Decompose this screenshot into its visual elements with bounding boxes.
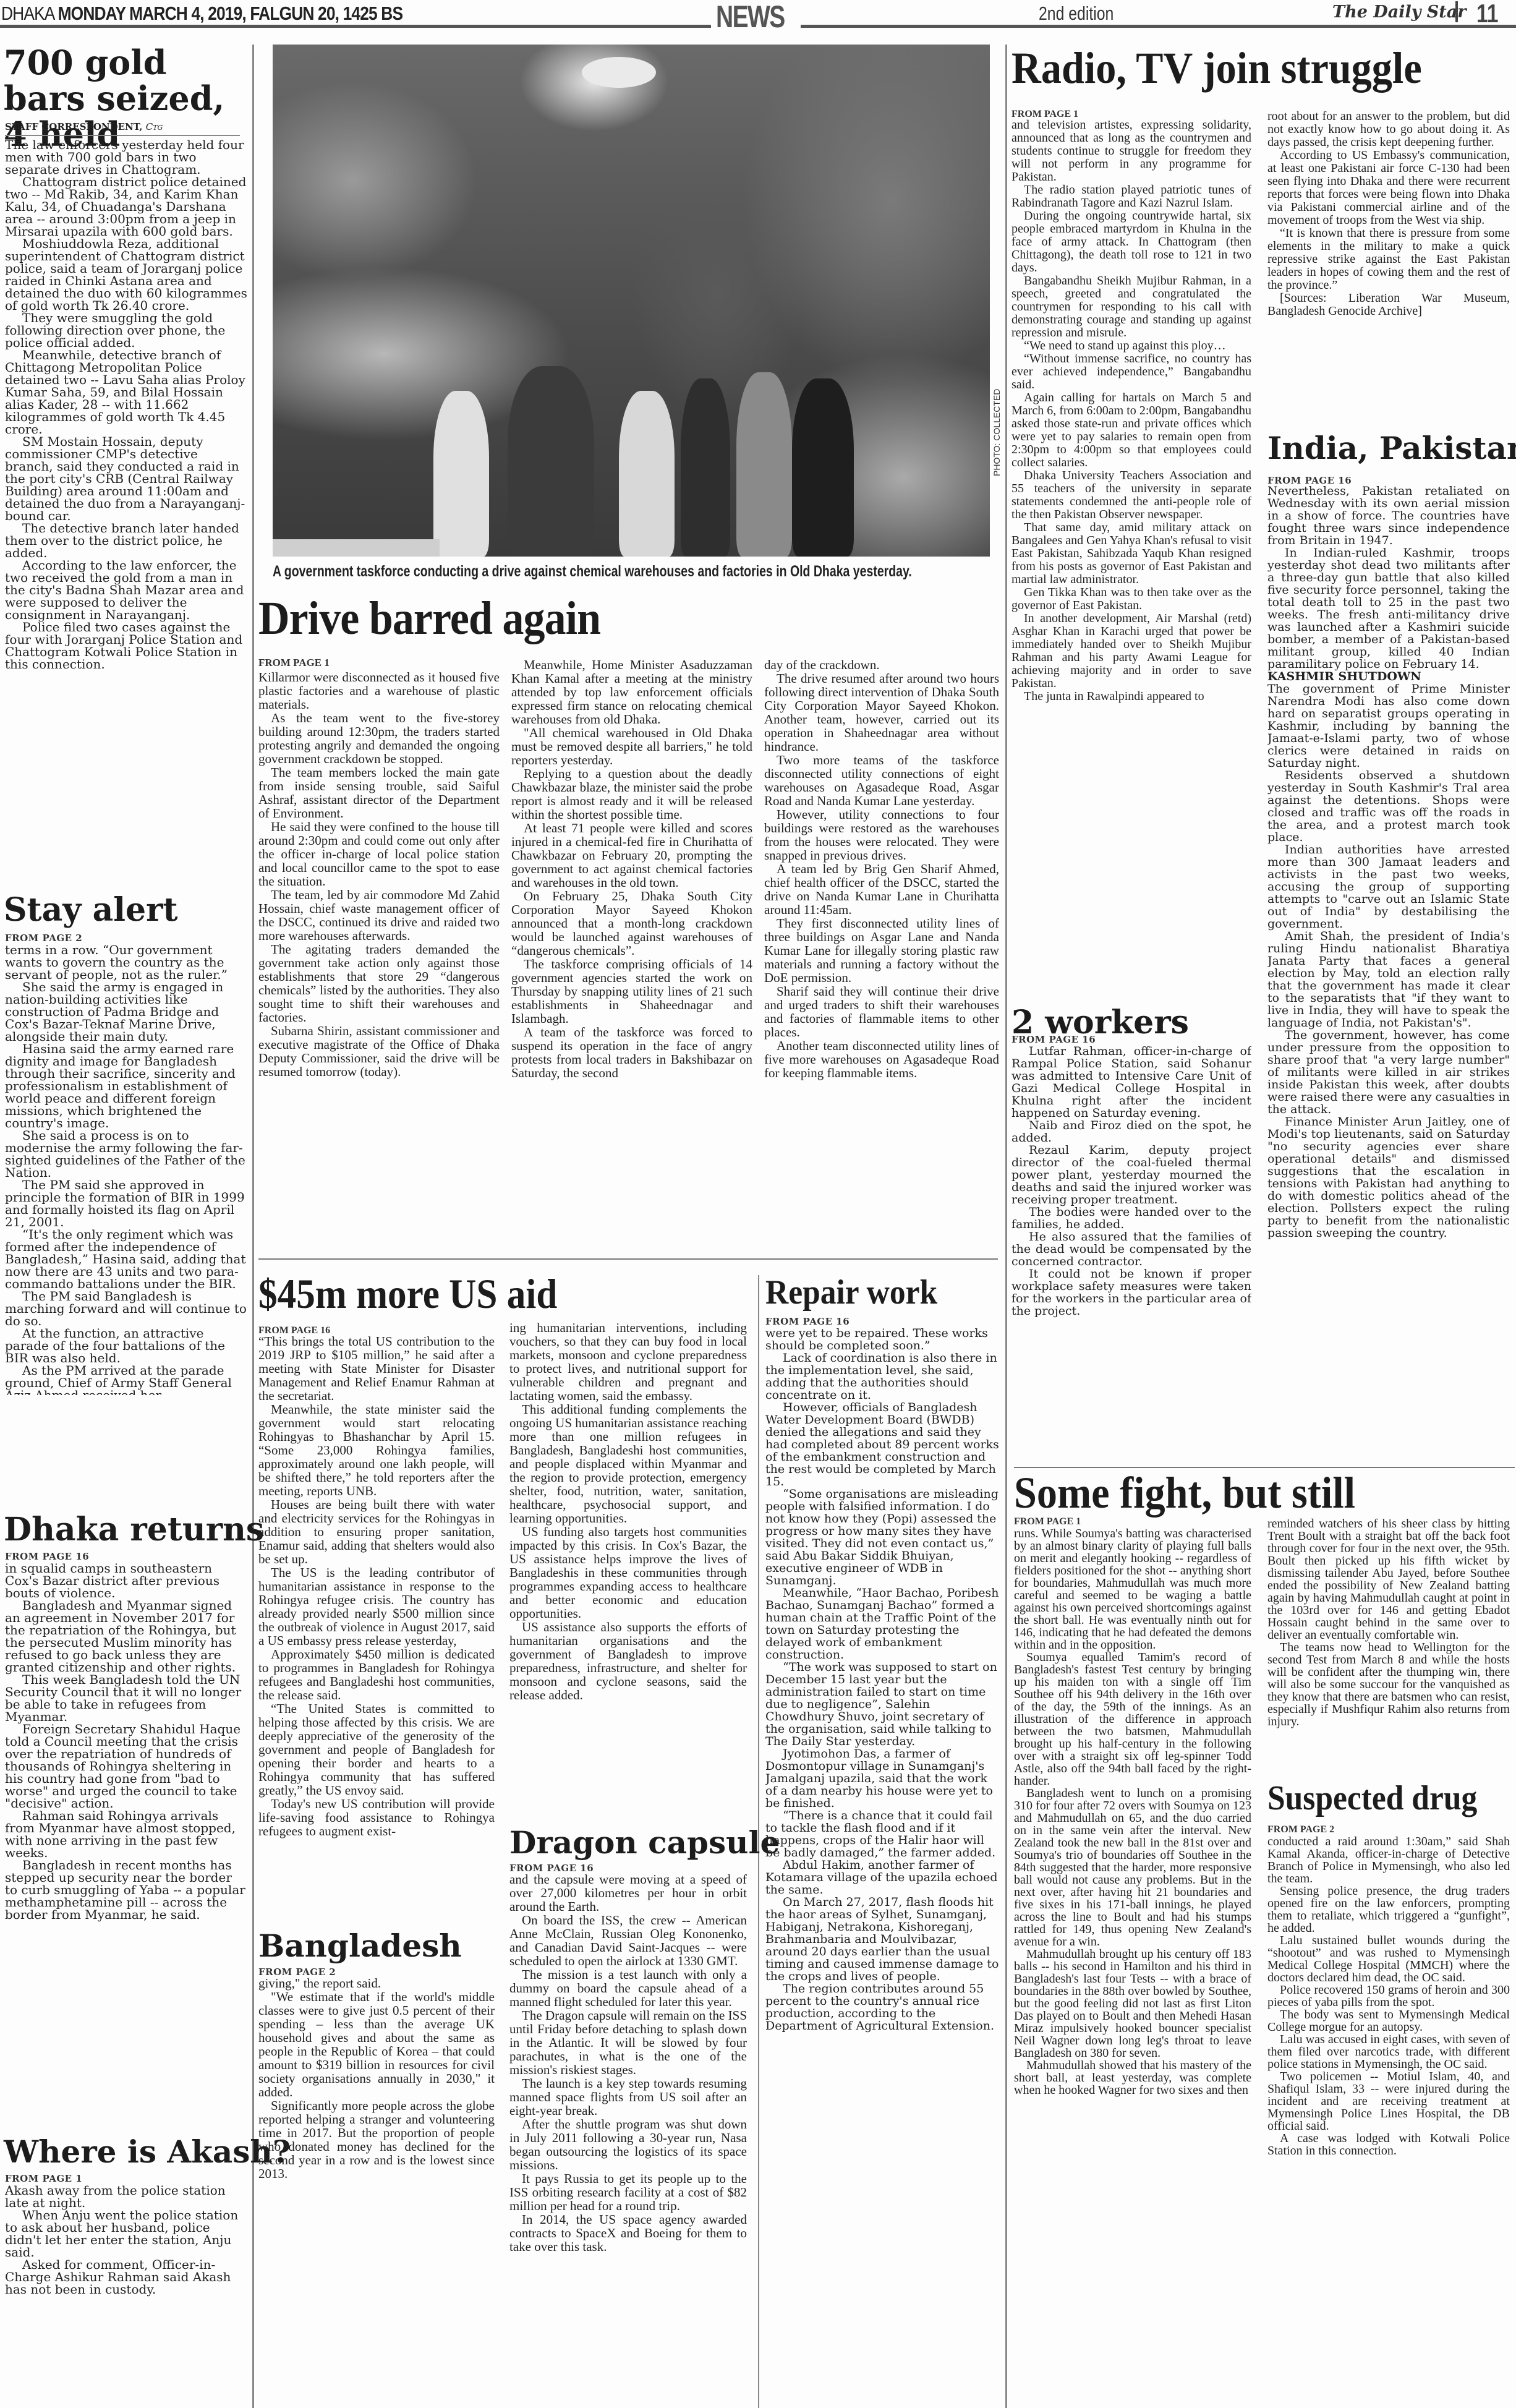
- headline-repair-work: Repair work: [765, 1275, 937, 1310]
- paragraph: In Indian-ruled Kashmir, troops yesterda…: [1267, 547, 1510, 670]
- paragraph: Two more teams of the taskforce disconne…: [764, 753, 999, 808]
- jump-line: FROM PAGE 1: [5, 2173, 82, 2184]
- paragraph: “We need to stand up against this ploy…: [1011, 339, 1251, 352]
- paragraph: “There is a chance that it could fail to…: [765, 1809, 1000, 1859]
- paragraph: She said the army is engaged in nation-b…: [5, 981, 247, 1043]
- paragraph: During the ongoing countrywide hartal, s…: [1011, 210, 1251, 275]
- column-divider-right: [1005, 45, 1007, 2408]
- paragraph: Another team disconnected utility lines …: [764, 1039, 999, 1080]
- paragraph: Lutfar Rahman, officer-in-charge of Ramp…: [1011, 1045, 1251, 1119]
- byline-place: Ctg: [146, 121, 163, 132]
- paragraph: Finance Minister Arun Jaitley, one of Mo…: [1267, 1116, 1510, 1239]
- paragraph: “This brings the total US contribution t…: [258, 1334, 495, 1403]
- headline-drive-barred-again: Drive barred again: [258, 595, 600, 642]
- headline-india-pakistan: India, Pakistan: [1267, 433, 1516, 464]
- article-column-2: reminded watchers of his sheer class by …: [1267, 1518, 1510, 1783]
- paragraph: SM Mostain Hossain, deputy commissioner …: [5, 435, 247, 522]
- paragraph: Indian authorities have arrested more th…: [1267, 843, 1510, 930]
- article-body: and the capsule were moving at a speed o…: [509, 1872, 747, 2408]
- article-column-3: day of the crackdown. The drive resumed …: [764, 658, 999, 1252]
- paragraph: [Sources: Liberation War Museum, Banglad…: [1267, 292, 1510, 318]
- paragraph: The launch is a key step towards resumin…: [509, 2077, 747, 2117]
- dateline: DHAKA MONDAY MARCH 4, 2019, FALGUN 20, 1…: [1, 2, 402, 25]
- article-column-1: runs. While Soumya's batting was charact…: [1014, 1527, 1251, 2408]
- paragraph: The mission is a test launch with only a…: [509, 1968, 747, 2009]
- byline-author: STAFF CORRESPONDENT,: [5, 121, 142, 132]
- paragraph: US funding also targets host communities…: [509, 1525, 747, 1620]
- headline-suspected-drug: Suspected drug: [1267, 1781, 1477, 1816]
- article-body: in squalid camps in southeastern Cox's B…: [5, 1562, 247, 1995]
- paragraph: Houses are being built there with water …: [258, 1498, 495, 1566]
- paragraph: US assistance also supports the efforts …: [509, 1620, 747, 1702]
- paragraph: The radio station played patriotic tunes…: [1011, 184, 1251, 210]
- paragraph: Approximately $450 million is dedicated …: [258, 1647, 495, 1702]
- article-body: conducted a raid around 1:30am,” said Sh…: [1267, 1835, 1510, 2408]
- paragraph: Residents observed a shutdown yesterday …: [1267, 769, 1510, 843]
- photo-caption: A government taskforce conducting a driv…: [273, 563, 912, 581]
- paragraph: On board the ISS, the crew -- American A…: [509, 1913, 747, 1968]
- headline-bangladesh: Bangladesh: [258, 1931, 462, 1962]
- paragraph: and the capsule were moving at a speed o…: [509, 1872, 747, 1913]
- article-column-2: Meanwhile, Home Minister Asaduzzaman Kha…: [511, 658, 752, 1252]
- paragraph: Chattogram district police detained two …: [5, 176, 247, 237]
- paragraph: were yet to be repaired. These works sho…: [765, 1327, 1000, 1352]
- paragraph: Lack of coordination is also there in th…: [765, 1352, 1000, 1401]
- article-column-1: and television artistes, expressing soli…: [1011, 119, 1251, 997]
- paragraph: However, utility connections to four bui…: [764, 808, 999, 862]
- paragraph: and television artistes, expressing soli…: [1011, 119, 1251, 184]
- paragraph: In 2014, the US space agency awarded con…: [509, 2213, 747, 2253]
- paragraph: However, officials of Bangladesh Water D…: [765, 1401, 1000, 1488]
- paragraph: This week Bangladesh told the UN Securit…: [5, 1673, 247, 1723]
- paragraph: According to US Embassy's communication,…: [1267, 149, 1510, 227]
- section-name: NEWS: [716, 0, 785, 35]
- paragraph: giving," the report said.: [258, 1976, 495, 1990]
- paragraph: reminded watchers of his sheer class by …: [1267, 1518, 1510, 1641]
- masthead-divider: [1455, 1, 1458, 22]
- paragraph: The PM said she approved in principle th…: [5, 1179, 247, 1228]
- paragraph: Rahman said Rohingya arrivals from Myanm…: [5, 1809, 247, 1859]
- article-body: terms in a row. “Our government wants to…: [5, 944, 247, 1395]
- article-body: giving," the report said. "We estimate t…: [258, 1976, 495, 2408]
- masthead: DHAKA MONDAY MARCH 4, 2019, FALGUN 20, 1…: [0, 0, 1516, 31]
- paragraph: Soumya equalled Tamim's record of Bangla…: [1014, 1651, 1251, 1787]
- paragraph: On March 27, 2017, flash floods hit the …: [765, 1896, 1000, 1983]
- paragraph: According to the law enforcer, the two r…: [5, 559, 247, 621]
- headline-dhaka-returns: Dhaka returns: [4, 1514, 264, 1546]
- paragraph: “The work was supposed to start on Decem…: [765, 1661, 1000, 1748]
- photo-figure: [433, 391, 489, 557]
- paragraph: The team, led by air commodore Md Zahid …: [258, 888, 500, 942]
- paragraph: terms in a row. “Our government wants to…: [5, 944, 247, 981]
- photo-taskforce-drive: [273, 45, 990, 557]
- paragraph: Meanwhile, detective branch of Chittagon…: [5, 349, 247, 435]
- article-column-2: ing humanitarian interventions, includin…: [509, 1321, 747, 1828]
- paragraph: “It's the only regiment which was formed…: [5, 1228, 247, 1290]
- paragraph: Significantly more people across the glo…: [258, 2099, 495, 2180]
- column-divider-left: [252, 45, 254, 2408]
- paragraph: Meanwhile, “Haor Bachao, Poribesh Bachao…: [765, 1587, 1000, 1661]
- paragraph: They were smuggling the gold following d…: [5, 312, 247, 349]
- paragraph: The bodies were handed over to the famil…: [1011, 1206, 1251, 1231]
- paragraph: Moshiuddowla Reza, additional superinten…: [5, 237, 247, 312]
- paragraph: As the team went to the five-storey buil…: [258, 711, 500, 766]
- paragraph: In another development, Air Marshal (ret…: [1011, 612, 1251, 690]
- section-rule-middle: [258, 1258, 998, 1260]
- page-number: 11: [1476, 0, 1499, 28]
- paragraph: Abdul Hakim, another farmer of Kotamara …: [765, 1859, 1000, 1896]
- paragraph: “Without immense sacrifice, no country h…: [1011, 352, 1251, 391]
- photo-box: [273, 539, 440, 557]
- paragraph: Two policemen -- Motiul Islam, 40, and S…: [1267, 2070, 1510, 2132]
- paragraph: When Anju went the police station to ask…: [5, 2209, 247, 2258]
- jump-line: FROM PAGE 16: [1011, 1034, 1096, 1045]
- newspaper-logo: The Daily Star: [1332, 2, 1467, 22]
- paragraph: The detective branch later handed them o…: [5, 522, 247, 559]
- paragraph: The teams now head to Wellington for the…: [1267, 1641, 1510, 1728]
- paragraph: Hasina said the army earned rare dignity…: [5, 1043, 247, 1129]
- paragraph: It pays Russia to get its people up to t…: [509, 2172, 747, 2213]
- dateline-city: DHAKA: [1, 2, 54, 24]
- paragraph: Rezaul Karim, deputy project director of…: [1011, 1144, 1251, 1206]
- jump-line: FROM PAGE 1: [258, 657, 330, 669]
- dateline-date: MONDAY MARCH 4, 2019, FALGUN 20, 1425 BS: [58, 2, 403, 24]
- paragraph: Police recovered 150 grams of heroin and…: [1267, 1984, 1510, 2009]
- paragraph: ing humanitarian interventions, includin…: [509, 1321, 747, 1403]
- paragraph: At least 71 people were killed and score…: [511, 821, 752, 889]
- article-body: The law enforcers yesterday held four me…: [5, 139, 247, 881]
- paragraph: He also assured that the families of the…: [1011, 1231, 1251, 1268]
- paragraph: Replying to a question about the deadly …: [511, 767, 752, 821]
- article-body: were yet to be repaired. These works sho…: [765, 1327, 1000, 2408]
- paragraph: Meanwhile, Home Minister Asaduzzaman Kha…: [511, 658, 752, 726]
- paragraph: Police filed two cases against the four …: [5, 621, 247, 670]
- paragraph: It could not be known if proper workplac…: [1011, 1268, 1251, 1317]
- paragraph: runs. While Soumya's batting was charact…: [1014, 1527, 1251, 1651]
- paragraph: This additional funding complements the …: [509, 1403, 747, 1525]
- paragraph: in squalid camps in southeastern Cox's B…: [5, 1562, 247, 1599]
- paragraph: The law enforcers yesterday held four me…: [5, 139, 247, 176]
- article-column-1: Killarmor were disconnected as it housed…: [258, 670, 500, 1252]
- jump-line: FROM PAGE 16: [765, 1316, 850, 1327]
- paragraph: Mahmudullah showed that his mastery of t…: [1014, 2059, 1251, 2096]
- article-column-1: “This brings the total US contribution t…: [258, 1334, 495, 1879]
- paragraph: On February 25, Dhaka South City Corpora…: [511, 889, 752, 957]
- paragraph: Bangladesh went to lunch on a promising …: [1014, 1787, 1251, 1948]
- paragraph: Dhaka University Teachers Association an…: [1011, 469, 1251, 521]
- byline-rule: [5, 135, 240, 136]
- paragraph: Sensing police presence, the drug trader…: [1267, 1885, 1510, 1934]
- paragraph: A case was lodged with Kotwali Police St…: [1267, 2132, 1510, 2157]
- paragraph: The agitating traders demanded the gover…: [258, 942, 500, 1024]
- paragraph: Bangladesh in recent months has stepped …: [5, 1859, 247, 1921]
- headline-radio-tv: Radio, TV join struggle: [1011, 46, 1422, 90]
- paragraph: Amit Shah, the president of India's ruli…: [1267, 930, 1510, 1029]
- paragraph: They first disconnected utility lines of…: [764, 916, 999, 984]
- paragraph: Bangabandhu Sheikh Mujibur Rahman, in a …: [1011, 275, 1251, 339]
- paragraph: “It is known that there is pressure from…: [1267, 227, 1510, 292]
- paragraph: A team led by Brig Gen Sharif Ahmed, chi…: [764, 862, 999, 916]
- paragraph: Mahmudullah brought up his century off 1…: [1014, 1948, 1251, 2059]
- paragraph: The Dragon capsule will remain on the IS…: [509, 2009, 747, 2077]
- paragraph: Foreign Secretary Shahidul Haque told a …: [5, 1723, 247, 1809]
- subheading-kashmir-shutdown: KASHMIR SHUTDOWN: [1267, 670, 1510, 683]
- headline-us-aid: $45m more US aid: [258, 1273, 557, 1315]
- paragraph: Gen Tikka Khan was to then take over as …: [1011, 586, 1251, 612]
- paragraph: Again calling for hartals on March 5 and…: [1011, 391, 1251, 469]
- paragraph: The team members locked the main gate fr…: [258, 766, 500, 820]
- paragraph: Killarmor were disconnected as it housed…: [258, 670, 500, 711]
- paragraph: As the PM arrived at the parade ground, …: [5, 1364, 247, 1395]
- paragraph: "We estimate that if the world's middle …: [258, 1990, 495, 2099]
- jump-line: FROM PAGE 16: [5, 1551, 89, 1562]
- photo-figure: [792, 378, 854, 557]
- paragraph: She said a process is on to modernise th…: [5, 1129, 247, 1179]
- paragraph: After the shuttle program was shut down …: [509, 2117, 747, 2172]
- headline-dragon-capsule: Dragon capsule: [509, 1827, 780, 1858]
- paragraph: conducted a raid around 1:30am,” said Sh…: [1267, 1835, 1510, 1885]
- paragraph: The government, however, has come under …: [1267, 1029, 1510, 1116]
- paragraph: Naib and Firoz died on the spot, he adde…: [1011, 1119, 1251, 1144]
- jump-line: FROM PAGE 2: [1267, 1824, 1334, 1835]
- paragraph: root about for an answer to the problem,…: [1267, 110, 1510, 149]
- paragraph: Sharif said they will continue their dri…: [764, 984, 999, 1039]
- paragraph: The drive resumed after around two hours…: [764, 672, 999, 753]
- photo-figure: [619, 391, 675, 557]
- jump-line: FROM PAGE 1: [1014, 1516, 1081, 1527]
- paragraph: The taskforce comprising officials of 14…: [511, 957, 752, 1025]
- paragraph: Bangladesh and Myanmar signed an agreeme…: [5, 1599, 247, 1673]
- paragraph: Lalu sustained bullet wounds during the …: [1267, 1934, 1510, 1984]
- headline-stay-alert: Stay alert: [4, 894, 178, 926]
- photo-figure: [736, 372, 792, 557]
- jump-line: FROM PAGE 2: [5, 933, 82, 944]
- article-body: Lutfar Rahman, officer-in-charge of Ramp…: [1011, 1045, 1251, 1466]
- headline-some-fight: Some fight, but still: [1014, 1471, 1355, 1515]
- paragraph: That same day, amid military attack on B…: [1011, 521, 1251, 586]
- paragraph: The body was sent to Mymensingh Medical …: [1267, 2009, 1510, 2033]
- paragraph: Lalu was accused in eight cases, with se…: [1267, 2033, 1510, 2070]
- photo-ceiling-fan: [582, 57, 656, 88]
- edition-label: 2nd edition: [1039, 2, 1114, 25]
- paragraph: Akash away from the police station late …: [5, 2184, 247, 2209]
- photo-figure: [508, 366, 594, 557]
- article-body: Nevertheless, Pakistan retaliated on Wed…: [1267, 485, 1510, 1462]
- paragraph: Nevertheless, Pakistan retaliated on Wed…: [1267, 485, 1510, 547]
- paragraph: The junta in Rawalpindi appeared to: [1011, 690, 1251, 703]
- byline: STAFF CORRESPONDENT, Ctg: [5, 121, 163, 132]
- paragraph: “Some organisations are misleading peopl…: [765, 1488, 1000, 1587]
- headline-where-is-akash: Where is Akash?: [4, 2137, 291, 2167]
- masthead-rule-left: [0, 25, 711, 28]
- paragraph: At the function, an attractive parade of…: [5, 1327, 247, 1364]
- photo-figure: [681, 378, 730, 557]
- paragraph: “The United States is committed to helpi…: [258, 1702, 495, 1797]
- paragraph: The PM said Bangladesh is marching forwa…: [5, 1290, 247, 1327]
- paragraph: The US is the leading contributor of hum…: [258, 1566, 495, 1647]
- paragraph: Today's new US contribution will provide…: [258, 1797, 495, 1838]
- masthead-rule-right: [801, 25, 1516, 28]
- paragraph: "All chemical warehoused in Old Dhaka mu…: [511, 726, 752, 767]
- paragraph: Jyotimohon Das, a farmer of Dosmontopur …: [765, 1748, 1000, 1809]
- paragraph: Subarna Shirin, assistant commissioner a…: [258, 1024, 500, 1078]
- paragraph: day of the crackdown.: [764, 658, 999, 672]
- paragraph: The region contributes around 55 percent…: [765, 1983, 1000, 2032]
- paragraph: Meanwhile, the state minister said the g…: [258, 1403, 495, 1498]
- paragraph: The government of Prime Minister Narendr…: [1267, 683, 1510, 769]
- paragraph: A team of the taskforce was forced to su…: [511, 1025, 752, 1080]
- article-body: Akash away from the police station late …: [5, 2184, 247, 2407]
- paragraph: Asked for comment, Officer-in-Charge Ash…: [5, 2258, 247, 2295]
- article-column-2: root about for an answer to the problem,…: [1267, 110, 1510, 432]
- paragraph: He said they were confined to the house …: [258, 820, 500, 888]
